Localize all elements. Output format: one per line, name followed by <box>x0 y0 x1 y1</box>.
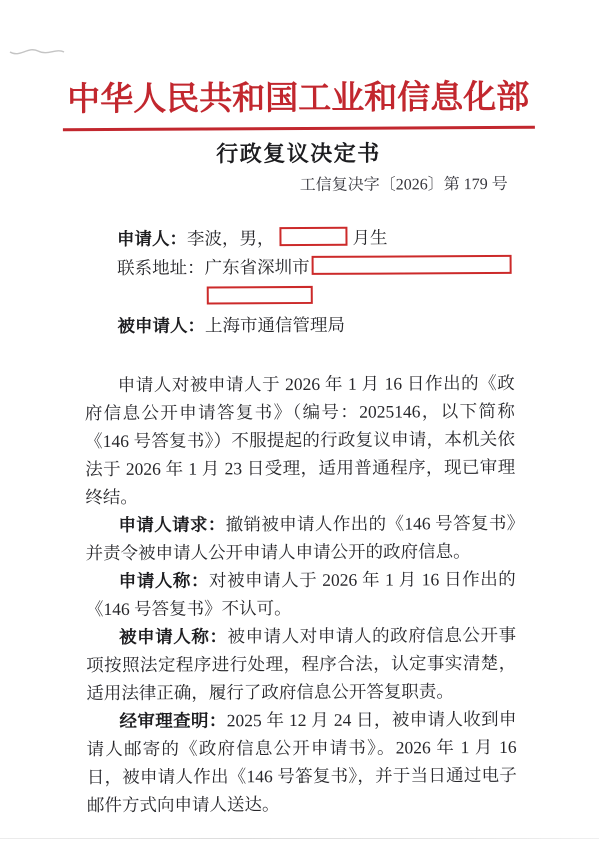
paragraph-findings: 经审理查明：2025 年 12 月 24 日，被申请人收到申请人邮寄的《政府信息… <box>86 705 517 819</box>
paragraph-label: 被申请人称： <box>119 626 228 647</box>
paragraph-label: 申请人称： <box>119 570 209 590</box>
paragraph-request: 申请人请求：撤销被申请人作出的《146 号答复书》并责令被申请人公开申请人申请公… <box>85 509 515 567</box>
paragraph-applicant-claim: 申请人称：对被申请人于 2026 年 1 月 16 日作出的《146 号答复书》… <box>86 565 516 623</box>
redaction-box-address-2 <box>206 286 312 305</box>
paragraph-respondent-claim: 被申请人称：被申请人对申请人的政府信息公开事项按照法定程序进行处理，程序合法，认… <box>86 621 516 707</box>
address-line: 联系地址：广东省深圳市 <box>84 252 514 283</box>
address-label: 联系地址： <box>117 257 205 277</box>
document-page: 中华人民共和国工业和信息化部 行政复议决定书 工信复决字〔2026〕第 179 … <box>0 0 599 847</box>
document-body: 申请人：李波，男，月生 联系地址：广东省深圳市 被申请人：上海市通信管理局 申请… <box>84 223 517 819</box>
address-continuation-line <box>84 281 514 312</box>
applicant-suffix: 月生 <box>352 228 387 248</box>
address-value: 广东省深圳市 <box>205 257 310 278</box>
document-content: 中华人民共和国工业和信息化部 行政复议决定书 工信复决字〔2026〕第 179 … <box>0 0 599 847</box>
paragraph-label: 经审理查明： <box>119 710 226 731</box>
paragraph-acceptance: 申请人对被申请人于 2026 年 1 月 16 日作出的《政府信息公开申请答复书… <box>85 369 516 511</box>
header-divider-rule <box>62 126 534 131</box>
redaction-box-birthdate <box>279 227 347 246</box>
applicant-line: 申请人：李波，男，月生 <box>84 223 514 254</box>
agency-header: 中华人民共和国工业和信息化部 <box>0 70 598 120</box>
document-number: 工信复决字〔2026〕第 179 号 <box>84 171 514 196</box>
paragraph-text: 申请人对被申请人于 2026 年 1 月 16 日作出的《政府信息公开申请答复书… <box>85 373 515 507</box>
paragraph-label: 申请人请求： <box>118 514 225 535</box>
applicant-value: 李波，男， <box>187 228 275 248</box>
page-number: 1 <box>2 769 599 789</box>
document-title: 行政复议决定书 <box>0 135 598 169</box>
respondent-line: 被申请人：上海市通信管理局 <box>84 310 514 341</box>
scan-edge-artifact <box>0 838 599 839</box>
respondent-value: 上海市通信管理局 <box>205 315 345 336</box>
respondent-label: 被申请人： <box>117 315 205 335</box>
redaction-box-address-1 <box>312 255 512 275</box>
applicant-label: 申请人： <box>117 229 187 249</box>
